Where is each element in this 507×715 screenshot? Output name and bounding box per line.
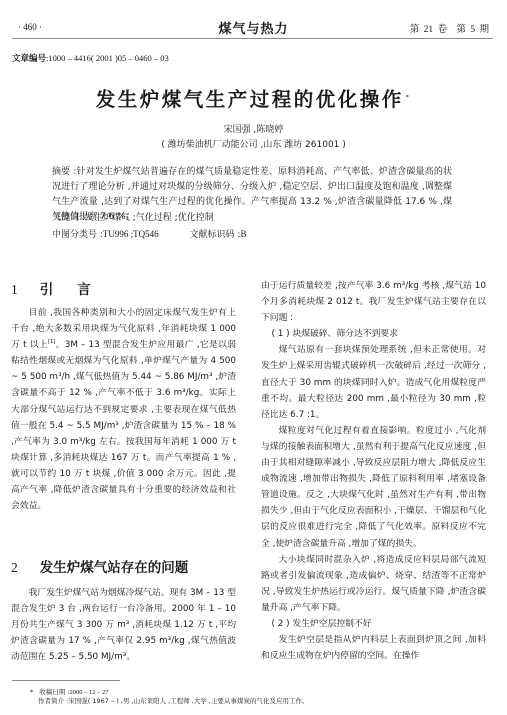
section-title-part: 言 [77, 282, 91, 298]
paragraph: 煤粒度对气化过程有着直接影响。粒度过小 ,气化剂与煤的接触表面积增大 ,虽然有利… [261, 423, 486, 552]
doc-code-label: 文献标识码 : [190, 230, 241, 240]
paragraph: 煤气站原有一套块煤预处理系统 ,但未正常使用。对发生炉上煤采用齿辊式破碎机一次破… [261, 342, 486, 422]
paragraph: 我厂发生炉煤气站为烟煤冷煤气站。现有 3M – 13 型混合发生炉 3 台 ,两… [11, 585, 236, 665]
problems-body-right: 由于运行质量较差 ,按产气率 3.6 m³/kg 考核 ,煤气站 10 个月多消… [261, 278, 486, 664]
section-number: 1 [11, 282, 18, 297]
section-title: 发生炉煤气站存在的问题 [40, 560, 189, 576]
keywords: 关键词 :发生炉煤气 ;气化过程 ;优化控制 [52, 210, 214, 223]
keywords-label: 关键词 : [52, 213, 85, 223]
paper-title: 发生炉煤气生产过程的优化操作* [0, 84, 507, 112]
subheading: ( 2 ) 发生炉空层控制不好 [261, 616, 486, 632]
footnote-mark: * [30, 688, 33, 696]
clc-value: TU996 ;TQ546 [103, 229, 159, 239]
footnote-rule [12, 680, 120, 681]
author-label: 作者简介 : [38, 697, 68, 705]
classification: 中图分类号 :TU996 ;TQ546 文献标识码 :B [52, 227, 246, 240]
problems-body-left: 我厂发生炉煤气站为烟煤冷煤气站。现有 3M – 13 型混合发生炉 3 台 ,两… [11, 585, 236, 665]
article-number-label: 文章编号 [12, 54, 46, 64]
footnote: *收稿日期 :2000 – 12 – 27 作者简介 :宋国强( 1967 – … [30, 688, 309, 705]
paragraph: 目前 ,我国各种类别和大小的固定床煤气发生炉有上千台 ,绝大多数采用块煤为气化原… [11, 305, 236, 514]
volume-issue: 第 21 卷 第 5 期 [410, 21, 489, 35]
section-title-part: 引 [40, 282, 78, 298]
article-number: 文章编号:1000 – 4416( 2001 )05 – 0460 – 03 [12, 52, 169, 64]
footnote-received: *收稿日期 :2000 – 12 – 27 [30, 688, 309, 697]
footnote-author: 作者简介 :宋国强( 1967 – ) ,男 ,山东莱阳人 ,工程师 ,大学 ,… [30, 697, 309, 705]
header-rule [12, 38, 493, 39]
article-number-value: :1000 – 4416( 2001 )05 – 0460 – 03 [46, 53, 169, 63]
doc-code-value: B [240, 229, 246, 239]
section-number: 2 [11, 560, 18, 575]
received-label: 收稿日期 : [39, 688, 69, 696]
title-footnote-mark: * [406, 94, 412, 101]
paper-title-text: 发生炉煤气生产过程的优化操作 [96, 88, 404, 111]
paragraph-text: 。3M – 13 型混合发生炉应用最广 ,它是以弱粘结性烟煤或无烟煤为气化原料 … [11, 340, 236, 511]
abstract-label: 摘要 : [52, 167, 76, 177]
keywords-text: 发生炉煤气 ;气化过程 ;优化控制 [85, 213, 214, 223]
section-heading-problems: 2发生炉煤气站存在的问题 [11, 556, 188, 576]
clc-label: 中图分类号 : [52, 230, 103, 240]
paragraph: 大小块煤同时混杂入炉 ,将造成反应料层局部气流短路或者引发偏流现象 ,造成偏炉、… [261, 552, 486, 616]
authors: 宋国强 ,陈晓婷 [0, 122, 507, 135]
paragraph: 由于运行质量较差 ,按产气率 3.6 m³/kg 考核 ,煤气站 10 个月多消… [261, 278, 486, 326]
author-value: 宋国强( 1967 – ) ,男 ,山东莱阳人 ,工程师 ,大学 ,主要从事煤炭… [68, 697, 308, 705]
intro-body: 目前 ,我国各种类别和大小的固定床煤气发生炉有上千台 ,绝大多数采用块煤为气化原… [11, 305, 236, 514]
affiliation: ( 潍坊柴油机厂动能公司 ,山东 潍坊 261001 ) [0, 137, 507, 150]
paragraph: 发生炉空层是指从炉内料层上表面到炉顶之间 ,加料和反应生成物在炉内停留的空间。在… [261, 632, 486, 664]
section-heading-intro: 1引言 [11, 278, 91, 298]
subheading: ( 1 ) 块煤破碎、筛分达不到要求 [261, 326, 486, 342]
received-value: 2000 – 12 – 27 [70, 689, 109, 696]
